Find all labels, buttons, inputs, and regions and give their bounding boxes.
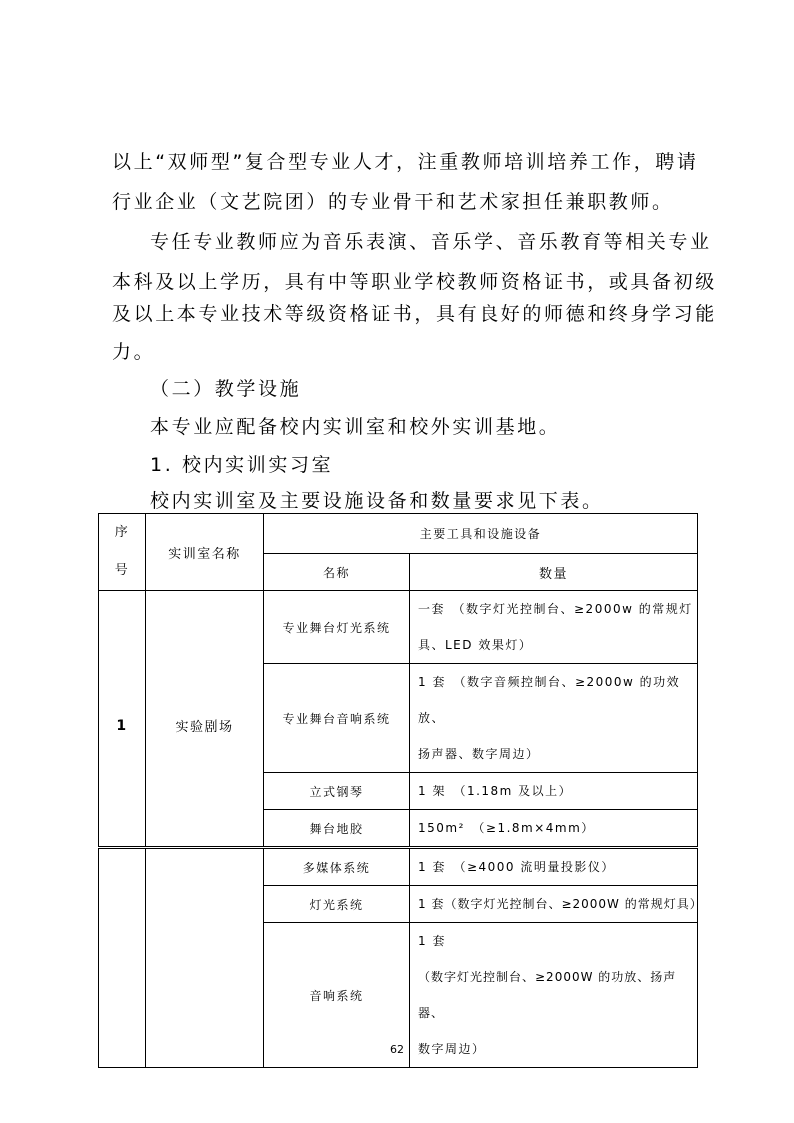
paragraph-line: 以上“双师型”复合型专业人才，注重教师培训培养工作，聘请 (112, 150, 696, 174)
quantity-cell: 1 套 （数字音频控制台、≥2000w 的功效放、 扬声器、数字周边） (410, 664, 698, 773)
page-number: 62 (0, 1043, 794, 1056)
equipment-name-cell: 灯光系统 (264, 886, 410, 923)
quantity-line: 具、LED 效果灯） (418, 627, 697, 663)
header-main-equipment: 主要工具和设施设备 (264, 514, 698, 554)
paragraph-line: 及以上本专业技术等级资格证书，具有良好的师德和终身学习能 (112, 302, 696, 326)
seq-cell: 1 (99, 591, 146, 848)
quantity-cell: 1 套 （≥4000 流明量投影仪） (410, 848, 698, 886)
header-seq-top: 序 (99, 514, 145, 552)
room-cell (146, 848, 264, 1068)
paragraph-line: 行业企业（文艺院团）的专业骨干和艺术家担任兼职教师。 (112, 190, 696, 214)
paragraph-line: 本科及以上学历，具有中等职业学校教师资格证书，或具备初级 (112, 270, 696, 294)
quantity-cell: 150m² （≥1.8m×4mm） (410, 810, 698, 848)
quantity-line: 扬声器、数字周边） (418, 736, 697, 772)
equipment-name-cell: 立式钢琴 (264, 773, 410, 810)
table-header-row: 序 号 实训室名称 主要工具和设施设备 (99, 514, 698, 554)
section-heading: （二）教学设施 (150, 377, 734, 401)
table-row: 1 实验剧场 专业舞台灯光系统 一套 （数字灯光控制台、≥2000w 的常规灯 … (99, 591, 698, 664)
equipment-name-cell: 专业舞台音响系统 (264, 664, 410, 773)
quantity-cell: 1 套（数字灯光控制台、≥2000W 的常规灯具） (410, 886, 698, 923)
quantity-line: 1 套 (418, 923, 697, 959)
header-seq: 序 号 (99, 514, 146, 591)
quantity-line: 1 套 （数字音频控制台、≥2000w 的功效放、 (418, 664, 697, 736)
facilities-table: 序 号 实训室名称 主要工具和设施设备 名称 数量 1 实验剧场 专业舞台灯光系… (98, 513, 698, 1068)
header-name: 名称 (264, 554, 410, 591)
sub-heading: 1. 校内实训实习室 (150, 453, 734, 477)
equipment-name-cell: 多媒体系统 (264, 848, 410, 886)
header-seq-bottom: 号 (99, 552, 145, 590)
table-row: 多媒体系统 1 套 （≥4000 流明量投影仪） (99, 848, 698, 886)
quantity-cell: 一套 （数字灯光控制台、≥2000w 的常规灯 具、LED 效果灯） (410, 591, 698, 664)
quantity-line: （数字灯光控制台、≥2000W 的功放、扬声器、 (418, 959, 697, 1031)
equipment-name-cell: 舞台地胶 (264, 810, 410, 848)
paragraph-line: 专任专业教师应为音乐表演、音乐学、音乐教育等相关专业 (150, 230, 734, 254)
quantity-line: 一套 （数字灯光控制台、≥2000w 的常规灯 (418, 591, 697, 627)
paragraph-line: 本专业应配备校内实训室和校外实训基地。 (150, 415, 734, 439)
equipment-name-cell: 专业舞台灯光系统 (264, 591, 410, 664)
header-quantity: 数量 (410, 554, 698, 591)
quantity-cell: 1 架 （1.18m 及以上） (410, 773, 698, 810)
header-room-name: 实训室名称 (146, 514, 264, 591)
room-cell: 实验剧场 (146, 591, 264, 848)
paragraph-line: 力。 (112, 340, 696, 364)
seq-cell (99, 848, 146, 1068)
paragraph-line: 校内实训室及主要设施设备和数量要求见下表。 (150, 489, 734, 513)
